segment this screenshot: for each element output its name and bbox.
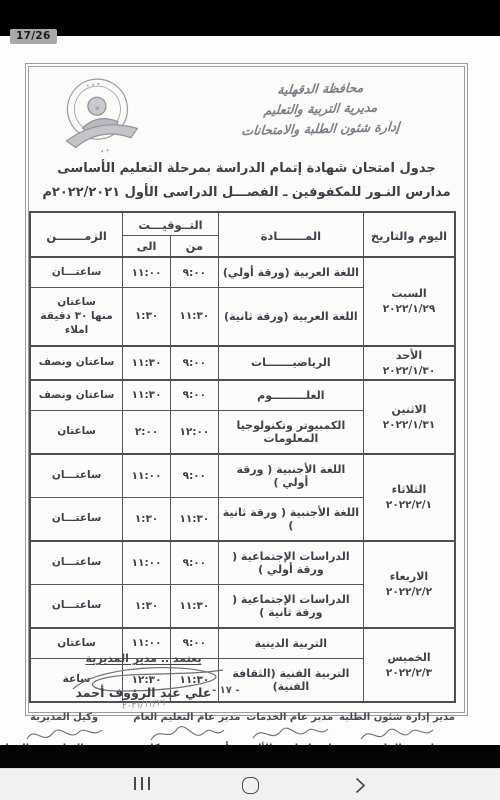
- day-date-cell: الأحد٢٠٢٢/١/٣٠: [363, 346, 455, 380]
- subject-cell: التربية الدينية: [218, 628, 363, 659]
- duration-cell: ساعتـــان: [30, 257, 123, 288]
- subject-cell: الدراسات الإجتماعية ( ورقة أولي ): [218, 541, 363, 585]
- approval-block: يعتمد .. مدير المديرية علي عبد الرؤوف أح…: [51, 652, 236, 710]
- page-number: - ١٧ -: [212, 685, 240, 696]
- day-date-cell: الثلاثاء٢٠٢٢/٢/١: [363, 454, 455, 541]
- scanned-page: محافظة الدقهلية مديرية التربية والتعليم …: [0, 36, 500, 745]
- time-to-cell: ١:٣٠: [123, 288, 171, 346]
- duration-cell: ساعتان ونصف: [30, 346, 123, 380]
- home-button[interactable]: [228, 769, 272, 800]
- signature-title: مدير إدارة شئون الطلبة: [339, 712, 455, 723]
- time-from-cell: ١١:٣٠: [170, 497, 218, 541]
- time-to-cell: ٢:٠٠: [123, 410, 171, 454]
- signature-title: مدير عام التعليم العام: [133, 712, 240, 723]
- bottom-black-bar: [0, 745, 500, 768]
- time-from-cell: ٩:٠٠: [170, 380, 218, 411]
- android-navigation-bar: [0, 768, 500, 800]
- home-icon: [242, 777, 259, 794]
- exam-table-body: السبت٢٠٢٢/١/٢٩اللغة العربية (ورقة أولي)٩…: [30, 257, 455, 702]
- time-from-cell: ٩:٠٠: [170, 346, 218, 380]
- back-button[interactable]: [338, 769, 382, 800]
- day-date-cell: الخميس٢٠٢٢/٢/٣: [363, 628, 455, 702]
- svg-text:٭ ٭: ٭ ٭: [100, 147, 110, 156]
- duration-cell: ساعتـــان: [30, 454, 123, 498]
- header-from: من: [170, 236, 218, 258]
- time-to-cell: ١١:٣٠: [123, 380, 171, 411]
- letterhead-text: محافظة الدقهلية مديرية التربية والتعليم …: [203, 79, 438, 139]
- time-from-cell: ١٢:٠٠: [170, 410, 218, 454]
- header-day-date: اليوم والتاريخ: [363, 212, 455, 257]
- time-to-cell: ١١:٣٠: [123, 346, 171, 380]
- day-date-cell: الاثنين٢٠٢٢/١/٣١: [363, 380, 455, 454]
- subject-cell: العلـــــــــوم: [218, 380, 363, 411]
- top-black-bar: [0, 0, 500, 36]
- duration-cell: ساعتـــان: [30, 541, 123, 585]
- time-from-cell: ١١:٣٠: [170, 288, 218, 346]
- official-stamp-icon: ٭ ٭ ٭ ۞ ٭ ٭: [44, 65, 154, 170]
- time-to-cell: ١١:٠٠: [123, 257, 171, 288]
- document-frame: محافظة الدقهلية مديرية التربية والتعليم …: [25, 63, 468, 716]
- subject-cell: الرياضيـــــــات: [218, 346, 363, 380]
- time-from-cell: ٩:٠٠: [170, 541, 218, 585]
- page-counter-badge: 17/26: [10, 29, 57, 44]
- phone-screen: 17/26 محافظة الدقهلية مديرية التربية وال…: [0, 0, 500, 800]
- signature-title: مدير عام الخدمات: [240, 712, 339, 723]
- document-subtitle: مدارس النـور للمكفوفين ـ الفصـــل الدراس…: [37, 185, 456, 200]
- time-to-cell: ١١:٠٠: [123, 454, 171, 498]
- day-date-cell: السبت٢٠٢٢/١/٢٩: [363, 257, 455, 346]
- duration-cell: ساعتان: [30, 410, 123, 454]
- header-to: الى: [123, 236, 171, 258]
- subject-cell: الدراسات الإجتماعية ( ورقة ثانية ): [218, 584, 363, 628]
- recents-icon: [132, 777, 153, 793]
- time-to-cell: ١:٣٠: [123, 497, 171, 541]
- time-to-cell: ١١:٠٠: [123, 541, 171, 585]
- subject-cell: اللغة العربية (ورقة أولي): [218, 257, 363, 288]
- duration-cell: ساعتان منها ٣٠ دقيقة املاء: [30, 288, 123, 346]
- back-icon: [355, 777, 366, 794]
- recents-button[interactable]: [120, 769, 164, 800]
- header-timing: التــوقيـــت: [123, 212, 219, 236]
- header-subject: المـــــــادة: [218, 212, 363, 257]
- subject-cell: اللغة الأجنبية ( ورقة ثانية ): [218, 497, 363, 541]
- exam-schedule-table: اليوم والتاريخ المـــــــادة التــوقيـــ…: [29, 211, 456, 703]
- svg-text:٭ ٭ ٭: ٭ ٭ ٭: [86, 80, 102, 89]
- time-from-cell: ٩:٠٠: [170, 257, 218, 288]
- duration-cell: ساعتـــان: [30, 497, 123, 541]
- duration-cell: ساعتان ونصف: [30, 380, 123, 411]
- duration-cell: ساعتـــان: [30, 584, 123, 628]
- time-from-cell: ١١:٣٠: [170, 584, 218, 628]
- subject-cell: التربية الفنية (الثقافة الفنية): [218, 658, 363, 702]
- subject-cell: اللغة الأجنبية ( ورقة أولي ): [218, 454, 363, 498]
- time-from-cell: ٩:٠٠: [170, 454, 218, 498]
- subject-cell: الكمبيوتر وتكنولوجيا المعلومات: [218, 410, 363, 454]
- day-date-cell: الاربعاء٢٠٢٢/٢/٢: [363, 541, 455, 628]
- time-to-cell: ١:٣٠: [123, 584, 171, 628]
- letterhead: محافظة الدقهلية مديرية التربية والتعليم …: [37, 73, 456, 161]
- header-duration: الزمـــــــن: [30, 212, 123, 257]
- subject-cell: اللغة العربية (ورقة ثانية): [218, 288, 363, 346]
